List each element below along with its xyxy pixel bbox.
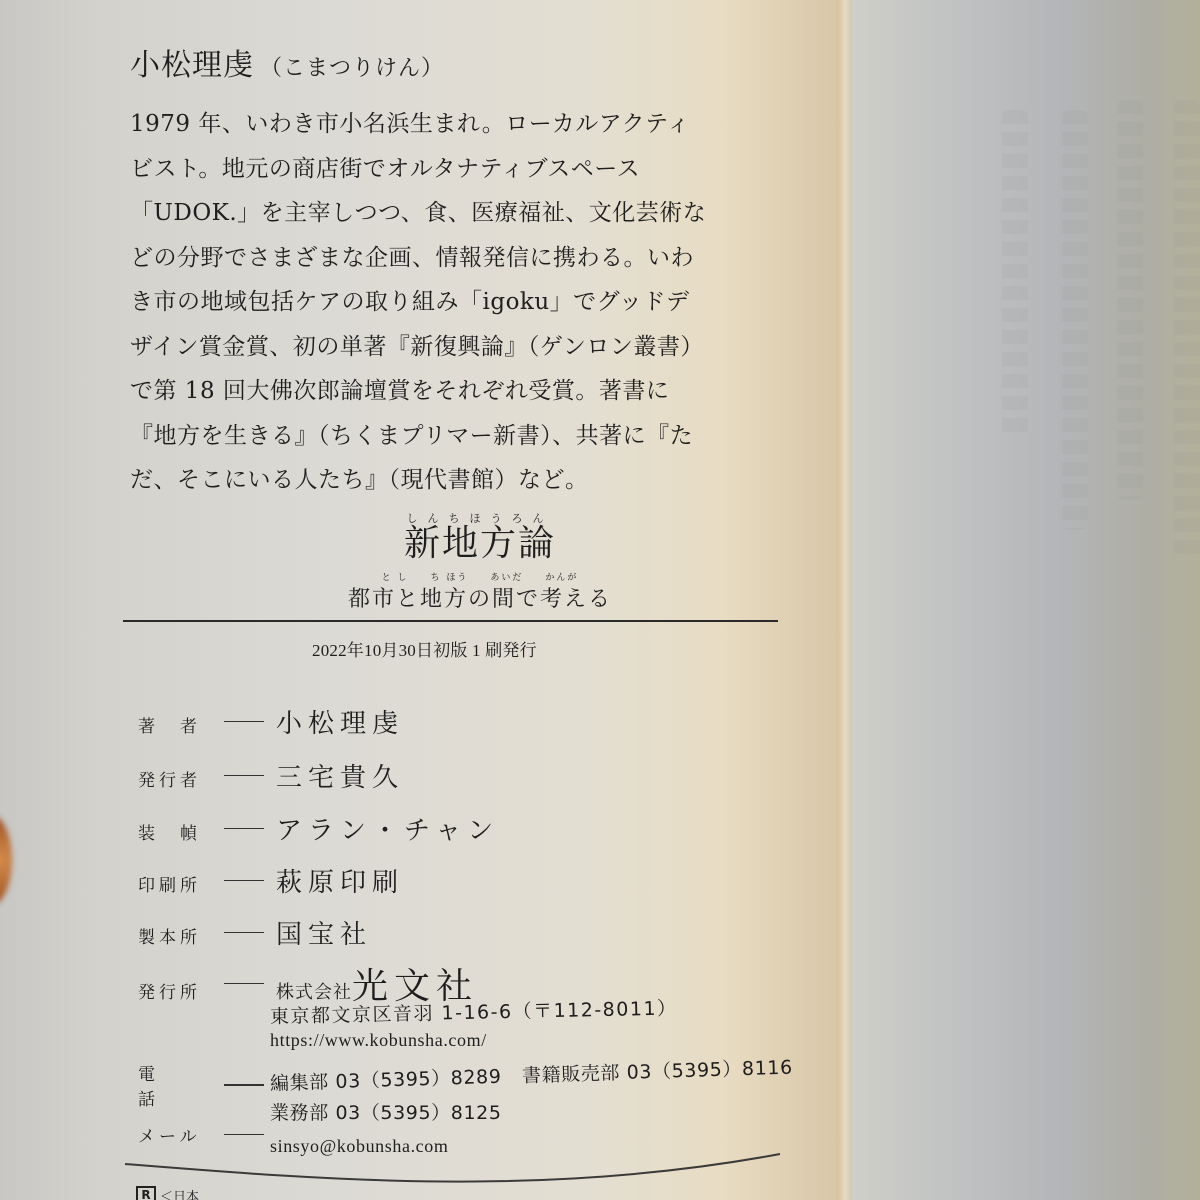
credit-label: 発行所 [138,978,220,1003]
facing-page [852,0,1200,1200]
phone-business: 業務部 03（5395）8125 [270,1098,502,1125]
author-bio: 1979 年、いわき市小名浜生まれ。ローカルアクティ ビスト。地元の商店街でオル… [130,102,780,503]
credit-label: メール [138,1122,220,1147]
credit-binder: 製本所 国宝社 [138,914,372,951]
bio-line: 『地方を生きる』（ちくまプリマー新書）、共著に『た [130,414,780,459]
bio-line: どの分野でさまざまな企画、情報発信に携わる。いわ [130,236,780,281]
credit-email: メール [138,1122,276,1147]
bio-line: 1979 年、いわき市小名浜生まれ。ローカルアクティ [130,102,780,147]
credit-value: 萩原印刷 [276,862,404,899]
show-through-text [1002,110,1028,440]
dash [224,1134,264,1136]
author-heading: 小松理虔（こまつりけん） [130,40,444,84]
dash [224,880,264,882]
book-title-block: しんちほうろん 新地方論 と し ち ほう あいだ かんが 都市と地方の間で考え… [300,510,660,613]
credit-label: 装 幀 [138,819,220,844]
credit-value: アラン・チャン [276,810,499,847]
subtitle-ruby: と し ち ほう あいだ かんが [300,570,660,582]
book-gutter [838,0,852,1200]
bio-line: で第 18 回大佛次郎論壇賞をそれぞれ受賞。著書に [130,369,780,414]
credit-design: 装 幀 アラン・チャン [138,810,499,847]
bio-line: き市の地域包括ケアの取り組み「igoku」でグッドデ [130,280,780,325]
bio-line: ザイン賞金賞、初の単著『新復興論』（ゲンロン叢書） [130,325,780,370]
bio-line: ビスト。地元の商店街でオルタナティブスペース [130,147,780,192]
book-title: 新地方論 [300,524,660,564]
publisher-url[interactable]: https://www.kobunsha.com/ [270,1030,487,1051]
author-name: 小松理虔 [130,48,254,83]
bottom-curved-rule [125,1150,785,1190]
dash [224,828,264,830]
footer-partial-text: ＜日本 [160,1186,199,1200]
credit-label: 発行者 [138,766,220,791]
dash [224,775,264,777]
divider-rule [123,620,778,622]
credit-label: 電 話 [138,1060,220,1110]
credit-label: 製本所 [138,923,220,948]
book-subtitle: 都市と地方の間で考える [300,582,660,613]
show-through-text [1117,100,1143,500]
dash [224,932,264,934]
credit-value: 三宅貴久 [276,757,404,794]
edition-date: 2022年10月30日初版 1 刷発行 [312,636,537,661]
bio-line: 「UDOK.」を主宰しつつ、食、医療福祉、文化芸術な [130,191,780,236]
credit-publisher-person: 発行者 三宅貴久 [138,757,404,794]
dash [224,983,264,985]
dash [224,721,264,723]
credit-phone: 電 話 [138,1060,276,1110]
bio-line: だ、そこにいる人たち』（現代書館）など。 [130,458,780,503]
dash [224,1084,264,1086]
credit-value: 国宝社 [276,914,372,951]
credit-value: 小松理虔 [276,703,404,740]
credit-label: 著 者 [138,712,220,737]
show-through-text [1062,110,1088,530]
show-through-text [1174,100,1200,560]
credit-label: 印刷所 [138,871,220,896]
credit-printer: 印刷所 萩原印刷 [138,862,404,899]
r-mark-icon: R [136,1186,156,1200]
author-reading: （こまつりけん） [260,56,444,81]
title-ruby: しんちほうろん [300,510,660,524]
credit-author: 著 者 小松理虔 [138,703,404,740]
